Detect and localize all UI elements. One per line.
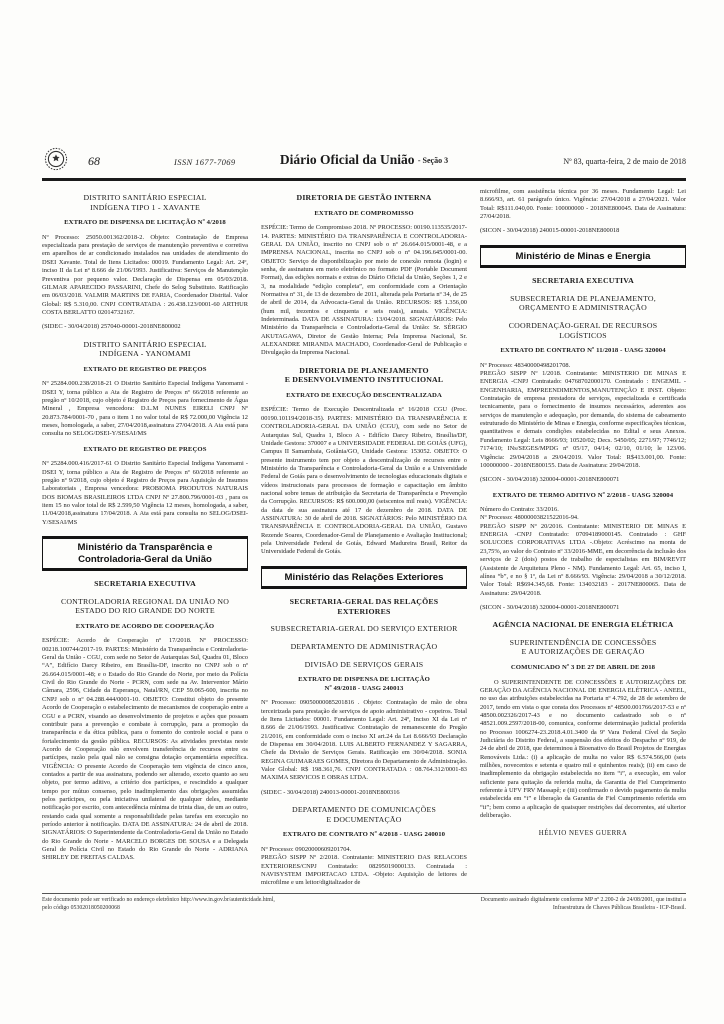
extract-heading: EXTRATO DE DISPENSA DE LICITAÇÃO Nº 4/20…	[42, 219, 248, 228]
page-footer: Este documento pode ser verificado no en…	[42, 897, 686, 912]
reference-line: (SIDEC - 30/04/2018) 240013-00001-2018NE…	[261, 789, 467, 797]
gazette-page: 68 ISSN 1677-7069 Diário Oficial da Uniã…	[0, 0, 724, 1024]
edition-date: Nº 83, quarta-feira, 2 de maio de 2018	[563, 157, 686, 166]
org-heading: SECRETARIA EXECUTIVA	[480, 276, 686, 286]
header-rule	[42, 178, 686, 181]
column-right: microfilme, com assistência técnica por …	[480, 185, 686, 889]
body-paragraph: Número do Contrato: 33/2016. Nº Processo…	[480, 506, 686, 598]
footer-rule	[42, 893, 686, 894]
org-heading: SECRETARIA-GERAL DAS RELAÇÕES EXTERIORES	[261, 597, 467, 616]
section-label: - Seção 3	[418, 156, 448, 165]
org-heading: SUBSECRETARIA DE PLANEJAMENTO, ORÇAMENTO…	[480, 294, 686, 313]
body-paragraph: Nº Processo: 48340000498201708. PREGÃO S…	[480, 362, 686, 470]
org-heading: DIRETORIA DE PLANEJAMENTO E DESENVOLVIME…	[261, 366, 467, 385]
org-heading: DIRETORIA DE GESTÃO INTERNA	[261, 193, 467, 203]
page-header: 68 ISSN 1677-7069 Diário Oficial da Uniã…	[42, 146, 686, 176]
extract-heading: EXTRATO DE CONTRATO Nº 11/2018 - UASG 32…	[480, 347, 686, 356]
reference-line: (SICON - 30/04/2018) 320004-00001-2018NE…	[480, 476, 686, 484]
body-paragraph: ESPÉCIE: Termo de Execução Descentraliza…	[261, 406, 467, 556]
org-heading: COORDENAÇÃO-GERAL DE RECURSOS LOGÍSTICOS	[480, 321, 686, 340]
ministry-header: Ministério da Transparência e Controlado…	[42, 536, 248, 571]
body-paragraph: ESPÉCIE: Termo de Compromisso 2018. Nº P…	[261, 224, 467, 358]
body-paragraph: Nº 25284.000.238/2018-21 O Distrito Sani…	[42, 380, 248, 438]
body-paragraph: Nº 25284.000.416/2017-61 O Distrito Sani…	[42, 460, 248, 527]
extract-heading: EXTRATO DE COMPROMISSO	[261, 210, 467, 219]
content-columns: DISTRITO SANITÁRIO ESPECIAL INDÍGENA TIP…	[42, 185, 686, 889]
reference-line: (SICON - 30/04/2018) 320004-00001-2018NE…	[480, 604, 686, 612]
org-heading: SECRETARIA EXECUTIVA	[42, 579, 248, 589]
body-paragraph: Nº Processo: 09050000085201816 . Objeto:…	[261, 699, 467, 782]
body-paragraph: ESPÉCIE: Acordo de Cooperação nº 17/2018…	[42, 637, 248, 862]
extract-heading: EXTRATO DE EXECUÇÃO DESCENTRALIZADA	[261, 392, 467, 401]
org-heading: SUBSECRETARIA-GERAL DO SERVIÇO EXTERIOR	[261, 624, 467, 634]
body-paragraph: Nº Processo: 25050.001362/2018-2. Objeto…	[42, 234, 248, 317]
org-heading: DISTRITO SANITÁRIO ESPECIAL INDÍGENA TIP…	[42, 193, 248, 212]
extract-heading: EXTRATO DE ACORDO DE COOPERAÇÃO	[42, 623, 248, 632]
org-heading: DEPARTAMENTO DE ADMINISTRAÇÃO	[261, 642, 467, 652]
body-paragraph: Nº Processo: 09020000609201704. PREGÃO S…	[261, 846, 467, 888]
org-heading: DEPARTAMENTO DE COMUNICAÇÕES E DOCUMENTA…	[261, 805, 467, 824]
ministry-header: Ministério de Minas e Energia	[480, 245, 686, 269]
org-heading: DISTRITO SANITÁRIO ESPECIAL INDÍGENA - Y…	[42, 340, 248, 359]
org-heading: DIVISÃO DE SERVIÇOS GERAIS	[261, 660, 467, 670]
body-paragraph: O SUPERINTENDENTE DE CONCESSÕES E AUTORI…	[480, 679, 686, 821]
signature-line: HÉLVIO NEVES GUERRA	[480, 830, 686, 837]
org-heading: AGÊNCIA NACIONAL DE ENERGIA ELÉTRICA	[480, 620, 686, 630]
org-heading: CONTROLADORIA REGIONAL DA UNIÃO NO ESTAD…	[42, 597, 248, 616]
extract-heading: EXTRATO DE DISPENSA DE LICITAÇÃO Nº 49/2…	[261, 676, 467, 693]
extract-heading: EXTRATO DE REGISTRO DE PREÇOS	[42, 446, 248, 455]
org-heading: SUPERINTENDÊNCIA DE CONCESSÕES E AUTORIZ…	[480, 638, 686, 657]
column-center: DIRETORIA DE GESTÃO INTERNAEXTRATO DE CO…	[261, 185, 467, 889]
column-left: DISTRITO SANITÁRIO ESPECIAL INDÍGENA TIP…	[42, 185, 248, 889]
extract-heading: EXTRATO DE REGISTRO DE PREÇOS	[42, 366, 248, 375]
body-paragraph: microfilme, com assistência técnica por …	[480, 188, 686, 221]
ministry-header: Ministério das Relações Exteriores	[261, 566, 467, 590]
extract-heading: EXTRATO DE TERMO ADITIVO Nº 2/2018 - UAS…	[480, 492, 686, 501]
reference-line: (SIDEC - 30/04/2018) 257040-00001-2018NE…	[42, 323, 248, 331]
signature-note: Documento assinado digitalmente conforme…	[481, 897, 686, 912]
extract-heading: EXTRATO DE CONTRATO Nº 4/2018 - UASG 240…	[261, 831, 467, 840]
extract-heading: COMUNICADO Nº 3 DE 27 DE ABRIL DE 2018	[480, 664, 686, 673]
reference-line: (SICON - 30/04/2018) 240015-00001-2018NE…	[480, 227, 686, 235]
verification-note: Este documento pode ser verificado no en…	[42, 897, 275, 912]
